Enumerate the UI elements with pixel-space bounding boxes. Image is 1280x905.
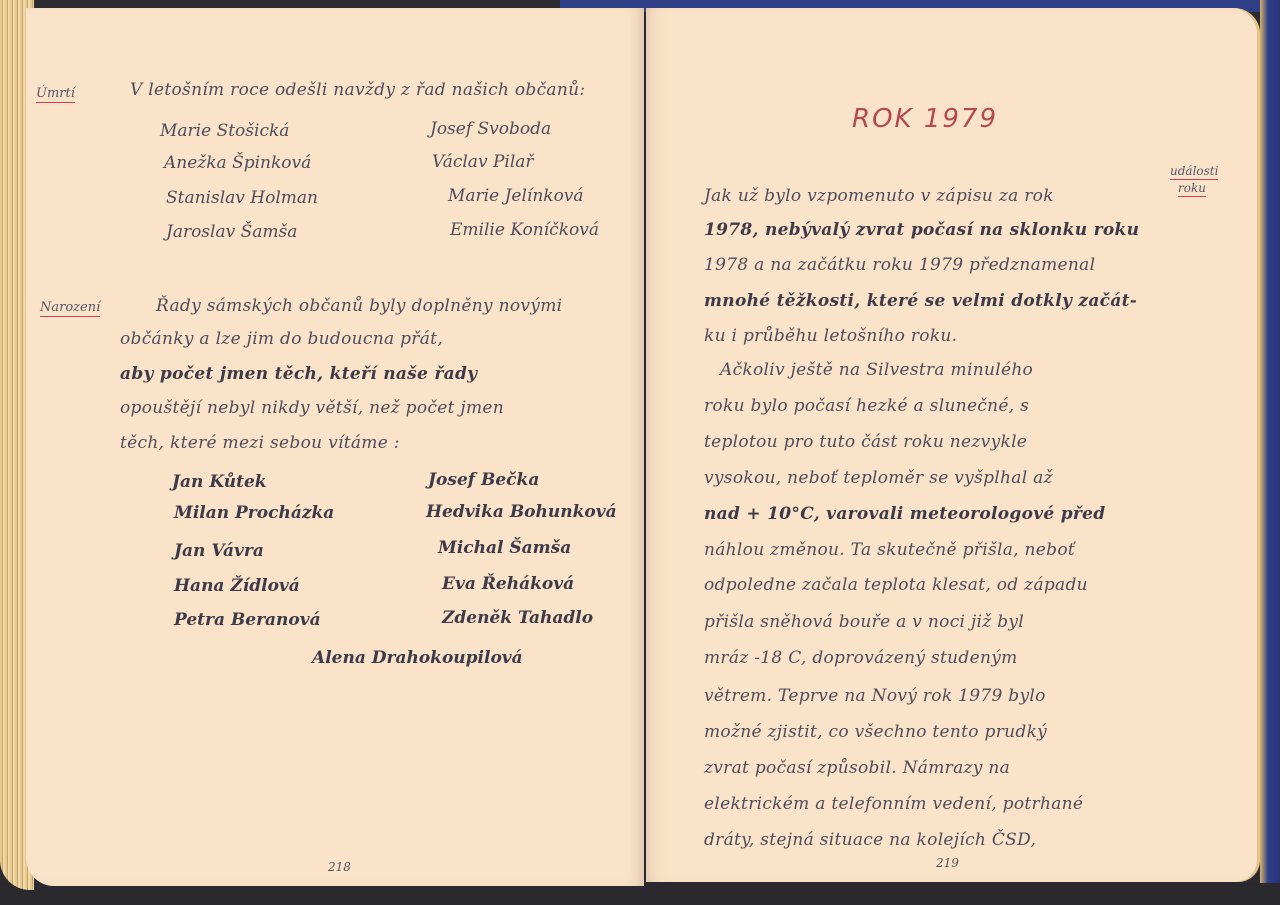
body-text-line: možné zjistit, co všechno tento prudký (704, 722, 1047, 742)
body-text-line: 1978, nebývalý zvrat počasí na sklonku r… (704, 220, 1139, 240)
body-text-line: roku bylo počasí hezké a slunečné, s (704, 396, 1029, 416)
book-cover-bottom (0, 883, 1280, 905)
right-page: ROK 1979 události roku Jak už bylo vzpom… (646, 8, 1260, 882)
body-text-line: nad + 10°C, varovali meteorologové před (704, 504, 1105, 524)
birth-name: Hedvika Bohunková (426, 502, 617, 522)
margin-label-events-line1: události (1170, 163, 1218, 180)
year-title: ROK 1979 (852, 104, 998, 134)
body-text-line: elektrickém a telefonním vedení, potrhan… (704, 794, 1083, 814)
body-text-line: 1978 a na začátku roku 1979 předznamenal (704, 255, 1095, 275)
death-name: Stanislav Holman (166, 188, 318, 208)
birth-name: Josef Bečka (428, 470, 539, 490)
death-name: Marie Jelínková (448, 186, 584, 206)
body-text-line: ku i průběhu letošního roku. (704, 326, 957, 346)
birth-name: Milan Procházka (174, 503, 334, 523)
death-name: Jaroslav Šamša (166, 222, 297, 242)
births-text-line: opouštějí nebyl nikdy větší, než počet j… (120, 398, 504, 418)
death-name: Václav Pilař (432, 152, 534, 172)
left-page: Úmrtí V letošním roce odešli navždy z řa… (26, 8, 644, 886)
body-text-line: náhlou změnou. Ta skutečně přišla, neboť (704, 540, 1075, 560)
death-name: Josef Svoboda (430, 119, 551, 139)
birth-name: Jan Kůtek (172, 472, 267, 492)
body-text-line: odpoledne začala teplota klesat, od zápa… (704, 575, 1088, 595)
margin-label-events-line2: roku (1178, 180, 1206, 197)
body-text-line: dráty, stejná situace na kolejích ČSD, (704, 830, 1036, 850)
deaths-intro: V letošním roce odešli navždy z řad naši… (130, 80, 585, 100)
body-text-line: zvrat počasí způsobil. Námrazy na (704, 758, 1010, 778)
death-name: Emilie Koníčková (450, 220, 599, 240)
body-text-line: mráz -18 C, doprovázený studeným (704, 648, 1018, 668)
birth-name-last: Alena Drahokoupilová (312, 648, 523, 668)
body-text-line: přišla sněhová bouře a v noci již byl (704, 612, 1024, 632)
birth-name: Petra Beranová (174, 610, 321, 630)
birth-name: Jan Vávra (174, 541, 264, 561)
body-text-line: Jak už bylo vzpomenuto v zápisu za rok (704, 186, 1054, 206)
body-text-line: vysokou, neboť teploměr se vyšplhal až (704, 468, 1053, 488)
body-text-line: Ačkoliv ještě na Silvestra minulého (720, 360, 1033, 380)
death-name: Anežka Špinková (164, 153, 311, 173)
death-name: Marie Stošická (160, 121, 289, 141)
birth-name: Eva Řeháková (442, 574, 574, 594)
body-text-line: teplotou pro tuto část roku nezvykle (704, 432, 1027, 452)
book-cover-right (1260, 0, 1280, 905)
page-number-right: 219 (936, 856, 959, 870)
births-text-line: aby počet jmen těch, kteří naše řady (120, 364, 477, 384)
margin-label-births: Narození (40, 300, 100, 317)
births-text-line: těch, které mezi sebou vítáme : (120, 433, 400, 453)
body-text-line: větrem. Teprve na Nový rok 1979 bylo (704, 686, 1046, 706)
births-text-line: občánky a lze jim do budoucna přát, (120, 329, 443, 349)
births-text-line: Řady sámských občanů byly doplněny novým… (156, 296, 562, 316)
margin-label-deaths: Úmrtí (36, 86, 75, 103)
birth-name: Michal Šamša (438, 538, 571, 558)
page-number-left: 218 (328, 860, 351, 874)
birth-name: Hana Žídlová (174, 576, 300, 596)
birth-name: Zdeněk Tahadlo (442, 608, 593, 628)
body-text-line: mnohé těžkosti, které se velmi dotkly za… (704, 291, 1137, 311)
